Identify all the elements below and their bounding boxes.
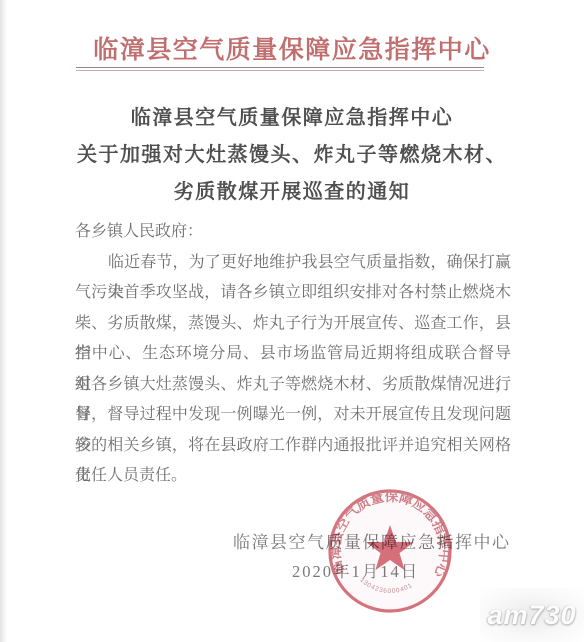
document-title: 临漳县空气质量保障应急指挥中心 关于加强对大灶蒸馒头、炸丸子等燃烧木材、 劣质散… <box>0 100 584 211</box>
letterhead-org-name: 临漳县空气质量保障应急指挥中心 <box>0 30 584 66</box>
letterhead-divider <box>76 67 484 71</box>
title-line-2: 关于加强对大灶蒸馒头、炸丸子等燃烧木材、 <box>0 137 584 174</box>
document-body: 各乡镇人民政府： 临近春节，为了更好地维护我县空气质量指数，确保打赢大 气污染首… <box>75 217 511 492</box>
title-line-3: 劣质散煤开展巡查的通知 <box>0 174 584 211</box>
body-line: 指中心、生态环境分局、县市场监管局近期将组成联合督导组， <box>75 339 511 370</box>
salutation: 各乡镇人民政府： <box>75 217 511 248</box>
body-line: 导，督导过程中发现一例曝光一例，对未开展宣传且发现问题较 <box>75 400 511 431</box>
title-line-1: 临漳县空气质量保障应急指挥中心 <box>0 100 584 137</box>
photo-edge-shadow <box>0 0 7 642</box>
body-line: 临近春节，为了更好地维护我县空气质量指数，确保打赢大 <box>75 248 511 279</box>
body-line: 气污染首季攻坚战，请各乡镇立即组织安排对各村禁止燃烧木 <box>75 278 511 309</box>
body-line: 多的相关乡镇，将在县政府工作群内通报批评并追究相关网格化 <box>75 431 511 462</box>
am730-watermark-logo: am730 <box>480 588 584 642</box>
body-line: 柴、劣质散煤，蒸馒头、炸丸子行为开展宣传、巡查工作，县空 <box>75 309 511 340</box>
official-seal: 临漳县空气质量保障应急指挥中心 1304236000401 <box>325 486 455 616</box>
document-page: 临漳县空气质量保障应急指挥中心 临漳县空气质量保障应急指挥中心 关于加强对大灶蒸… <box>0 0 584 642</box>
body-line: 对各乡镇大灶蒸馒头、炸丸子等燃烧木材、劣质散煤情况进行督 <box>75 370 511 401</box>
